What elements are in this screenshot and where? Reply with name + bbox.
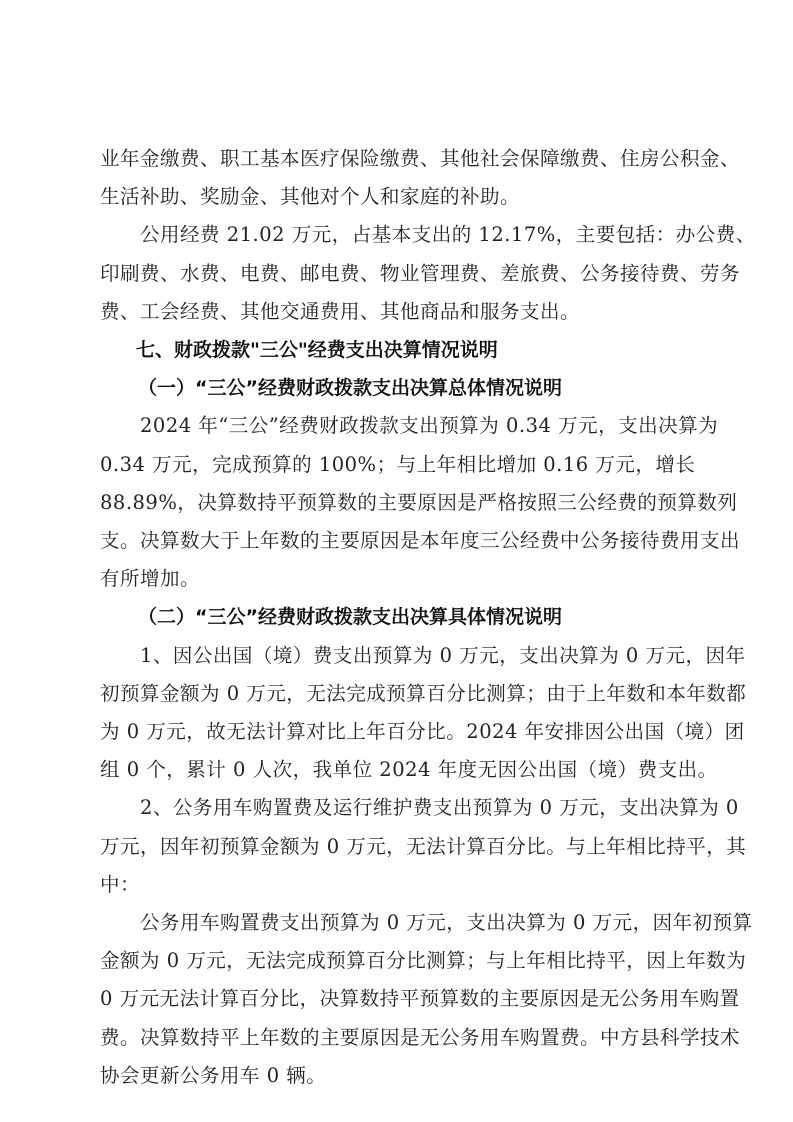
para-vehicle-purchase-line: 费。决算数持平上年数的主要原因是无公务用车购置费。中方县科学技术 [100,1022,692,1050]
para-personal-expenses-continued-line: 生活补助、奖励金、其他对个人和家庭的补助。 [100,181,692,209]
document-page: 业年金缴费、职工基本医疗保险缴费、其他社会保障缴费、住房公积金、生活补助、奖励金… [0,0,793,1122]
para-overall-line: 88.89%，决算数持平预算数的主要原因是严格按照三公经费的预算数列 [100,487,692,515]
para-overall-line: 2024 年“三公”经费财政拨款支出预算为 0.34 万元，支出决算为 [140,410,692,438]
para-vehicle-purchase-line: 公务用车购置费支出预算为 0 万元，支出决算为 0 万元，因年初预算 [140,907,692,935]
para-overseas-line: 初预算金额为 0 万元，无法完成预算百分比测算；由于上年数和本年数都 [100,678,692,706]
para-overall-line: 有所增加。 [100,563,692,591]
para-vehicles-line: 中： [100,869,692,897]
para-vehicle-purchase-line: 协会更新公务用车 0 辆。 [100,1060,692,1088]
para-vehicles-line: 2、公务用车购置费及运行维护费支出预算为 0 万元，支出决算为 0 [140,792,692,820]
para-overall-line: 支。决算数大于上年数的主要原因是本年度三公经费中公务接待费用支出 [100,525,692,553]
para-public-expenses-line: 印刷费、水费、电费、邮电费、物业管理费、差旅费、公务接待费、劳务 [100,258,692,286]
subsection-2-heading: （二）“三公”经费财政拨款支出决算具体情况说明 [138,602,562,629]
para-vehicles-line: 万元，因年初预算金额为 0 万元，无法计算百分比。与上年相比持平，其 [100,831,692,859]
para-overseas-line: 组 0 个，累计 0 人次，我单位 2024 年度无因公出国（境）费支出。 [100,754,692,782]
para-overall-line: 0.34 万元，完成预算的 100%；与上年相比增加 0.16 万元，增长 [100,449,692,477]
para-overseas-line: 为 0 万元，故无法计算对比上年百分比。2024 年安排因公出国（境）团 [100,716,692,744]
para-vehicle-purchase-line: 0 万元无法计算百分比，决算数持平预算数的主要原因是无公务用车购置 [100,983,692,1011]
para-public-expenses-line: 费、工会经费、其他交通费用、其他商品和服务支出。 [100,296,692,324]
subsection-1-heading: （一）“三公”经费财政拨款支出决算总体情况说明 [138,373,562,400]
para-personal-expenses-continued-line: 业年金缴费、职工基本医疗保险缴费、其他社会保障缴费、住房公积金、 [100,143,692,171]
para-vehicle-purchase-line: 金额为 0 万元，无法完成预算百分比测算；与上年相比持平，因上年数为 [100,945,692,973]
para-public-expenses-line: 公用经费 21.02 万元，占基本支出的 12.17%，主要包括：办公费、 [140,219,692,247]
section-7-heading: 七、财政拨款"三公"经费支出决算情况说明 [136,335,498,362]
para-overseas-line: 1、因公出国（境）费支出预算为 0 万元，支出决算为 0 万元，因年 [140,640,692,668]
